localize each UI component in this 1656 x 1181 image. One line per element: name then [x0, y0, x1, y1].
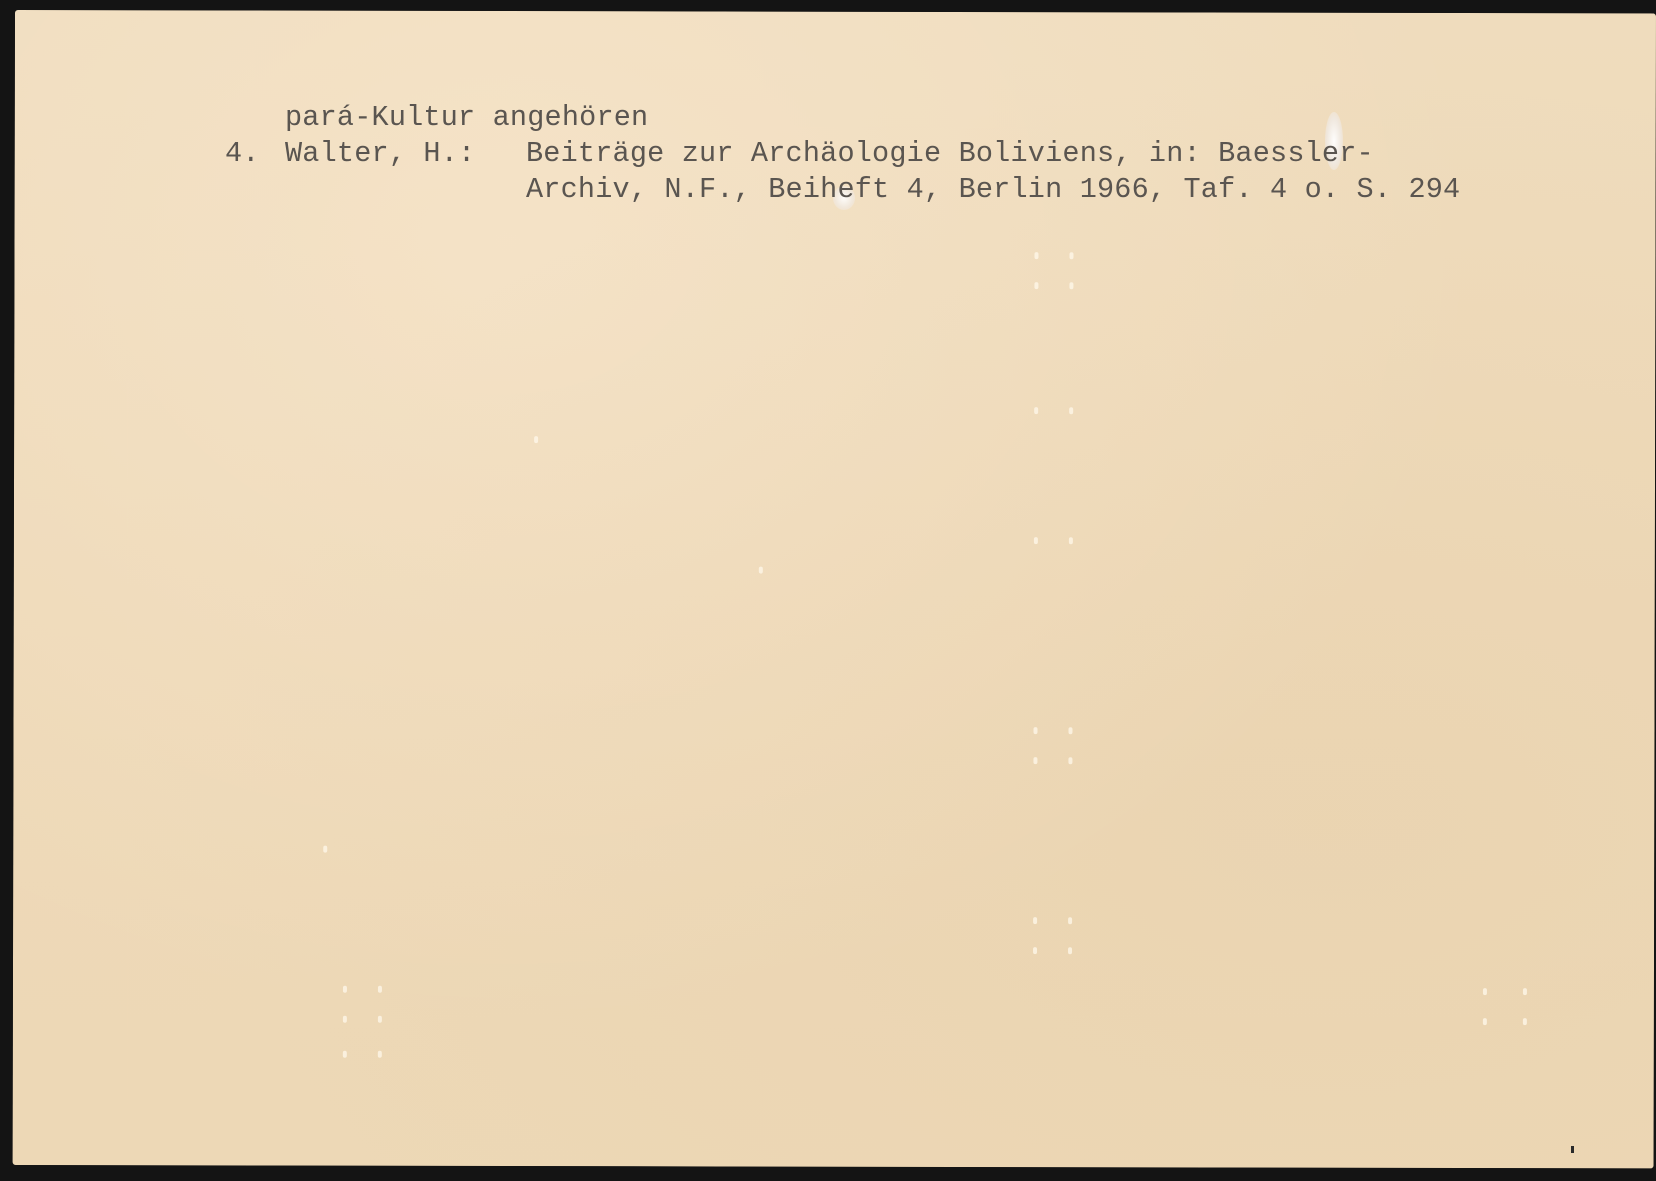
perforation-mark: [1068, 947, 1072, 954]
perforation-mark: [1069, 407, 1073, 414]
perforation-mark: [1483, 988, 1487, 995]
perforation-mark: [378, 1051, 382, 1058]
perforation-mark: [1069, 252, 1073, 259]
perforation-mark: [1034, 252, 1038, 259]
perforation-mark: [1483, 1018, 1487, 1025]
perforation-mark: [1069, 537, 1073, 544]
entry-title-line-1: Beiträge zur Archäologie Boliviens, in: …: [526, 136, 1374, 172]
perforation-mark: [1033, 947, 1037, 954]
perforation-mark: [1068, 917, 1072, 924]
perforation-mark: [343, 1051, 347, 1058]
perforation-mark: [343, 1016, 347, 1023]
perforation-mark: [1033, 757, 1037, 764]
perforation-mark: [759, 567, 763, 574]
entry-author: Walter, H.:: [285, 136, 475, 172]
entry-title-line-2: Archiv, N.F., Beiheft 4, Berlin 1966, Ta…: [526, 172, 1460, 208]
perforation-mark: [1034, 537, 1038, 544]
perforation-mark: [378, 1016, 382, 1023]
perforation-mark: [1034, 407, 1038, 414]
perforation-mark: [1523, 988, 1527, 995]
entry-number: 4.: [225, 136, 260, 172]
perforation-mark: [1069, 282, 1073, 289]
ink-speck: [1571, 1146, 1574, 1153]
perforation-mark: [1068, 757, 1072, 764]
perforation-mark: [1034, 282, 1038, 289]
typewritten-text: pará-Kultur angehören 4. Walter, H.: Bei…: [0, 0, 69, 252]
scanned-document: pará-Kultur angehören 4. Walter, H.: Bei…: [0, 0, 1656, 1181]
perforation-mark: [343, 986, 347, 993]
perforation-mark: [1523, 1018, 1527, 1025]
perforation-mark: [1033, 727, 1037, 734]
perforation-mark: [323, 846, 327, 853]
perforation-mark: [1068, 727, 1072, 734]
perforation-mark: [378, 986, 382, 993]
perforation-mark: [534, 436, 538, 443]
continuation-line: pará-Kultur angehören: [285, 100, 648, 136]
perforation-mark: [1033, 917, 1037, 924]
